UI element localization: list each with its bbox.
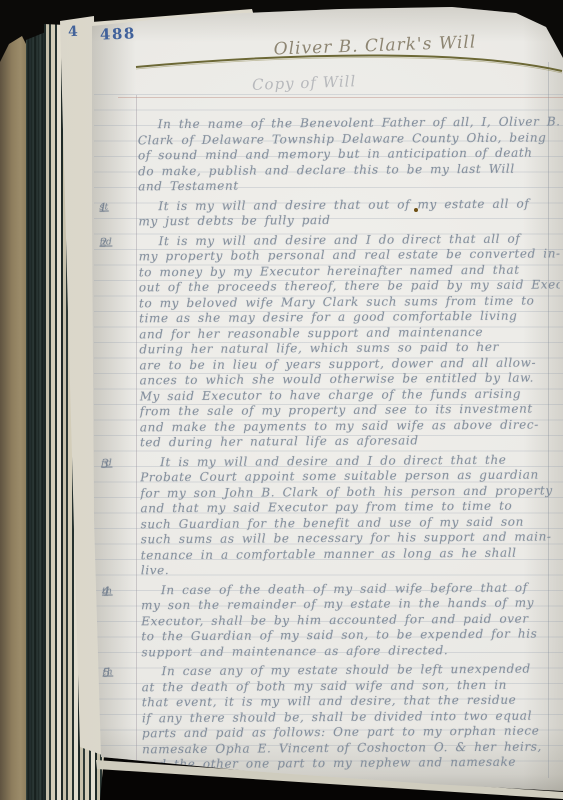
scanned-ledger-photo: 4 488 Oliver B. Clark's Will Copy of Wil… (0, 0, 563, 800)
ink-speck (414, 208, 418, 212)
adjacent-page-number: 4 (68, 24, 80, 41)
handwritten-line: and make the payments to my said wife as… (140, 417, 561, 435)
page-number: 488 (100, 24, 136, 43)
handwritten-line: my just debts be fully paid (138, 211, 559, 229)
will-section: 5thIn case any of my estate should be le… (97, 661, 563, 773)
will-section: 4thIn case of the death of my said wife … (96, 580, 563, 661)
top-margin-rule (118, 97, 563, 98)
will-section: 3rdIt is my will and desire and I do dir… (95, 452, 562, 579)
will-header-title: Oliver B. Clark's Will (225, 31, 526, 61)
handwritten-line: tenance in a comfortable manner as long … (141, 545, 562, 563)
handwritten-line: and Testament (138, 176, 559, 194)
handwritten-line: It is my will and desire that out of my … (138, 196, 559, 214)
handwritten-line: do make, publish and declare this to be … (138, 161, 559, 179)
handwritten-line: live. (141, 560, 562, 578)
will-preamble: In the name of the Benevolent Father of … (93, 114, 560, 195)
handwritten-line: time as she may desire for a good comfor… (139, 308, 560, 326)
handwritten-line: ted during her natural life as aforesaid (140, 432, 561, 450)
will-copy-heading: Copy of Will (252, 72, 357, 94)
will-section: 1stIt is my will and desire that out of … (93, 196, 559, 230)
will-section: 2ndIt is my will and desire and I do dir… (94, 231, 562, 451)
handwritten-line: to the Guardian of my said son, to be ex… (141, 626, 562, 644)
will-body: In the name of the Benevolent Father of … (93, 114, 563, 773)
handwritten-line: support and maintenance as afore directe… (141, 642, 562, 660)
